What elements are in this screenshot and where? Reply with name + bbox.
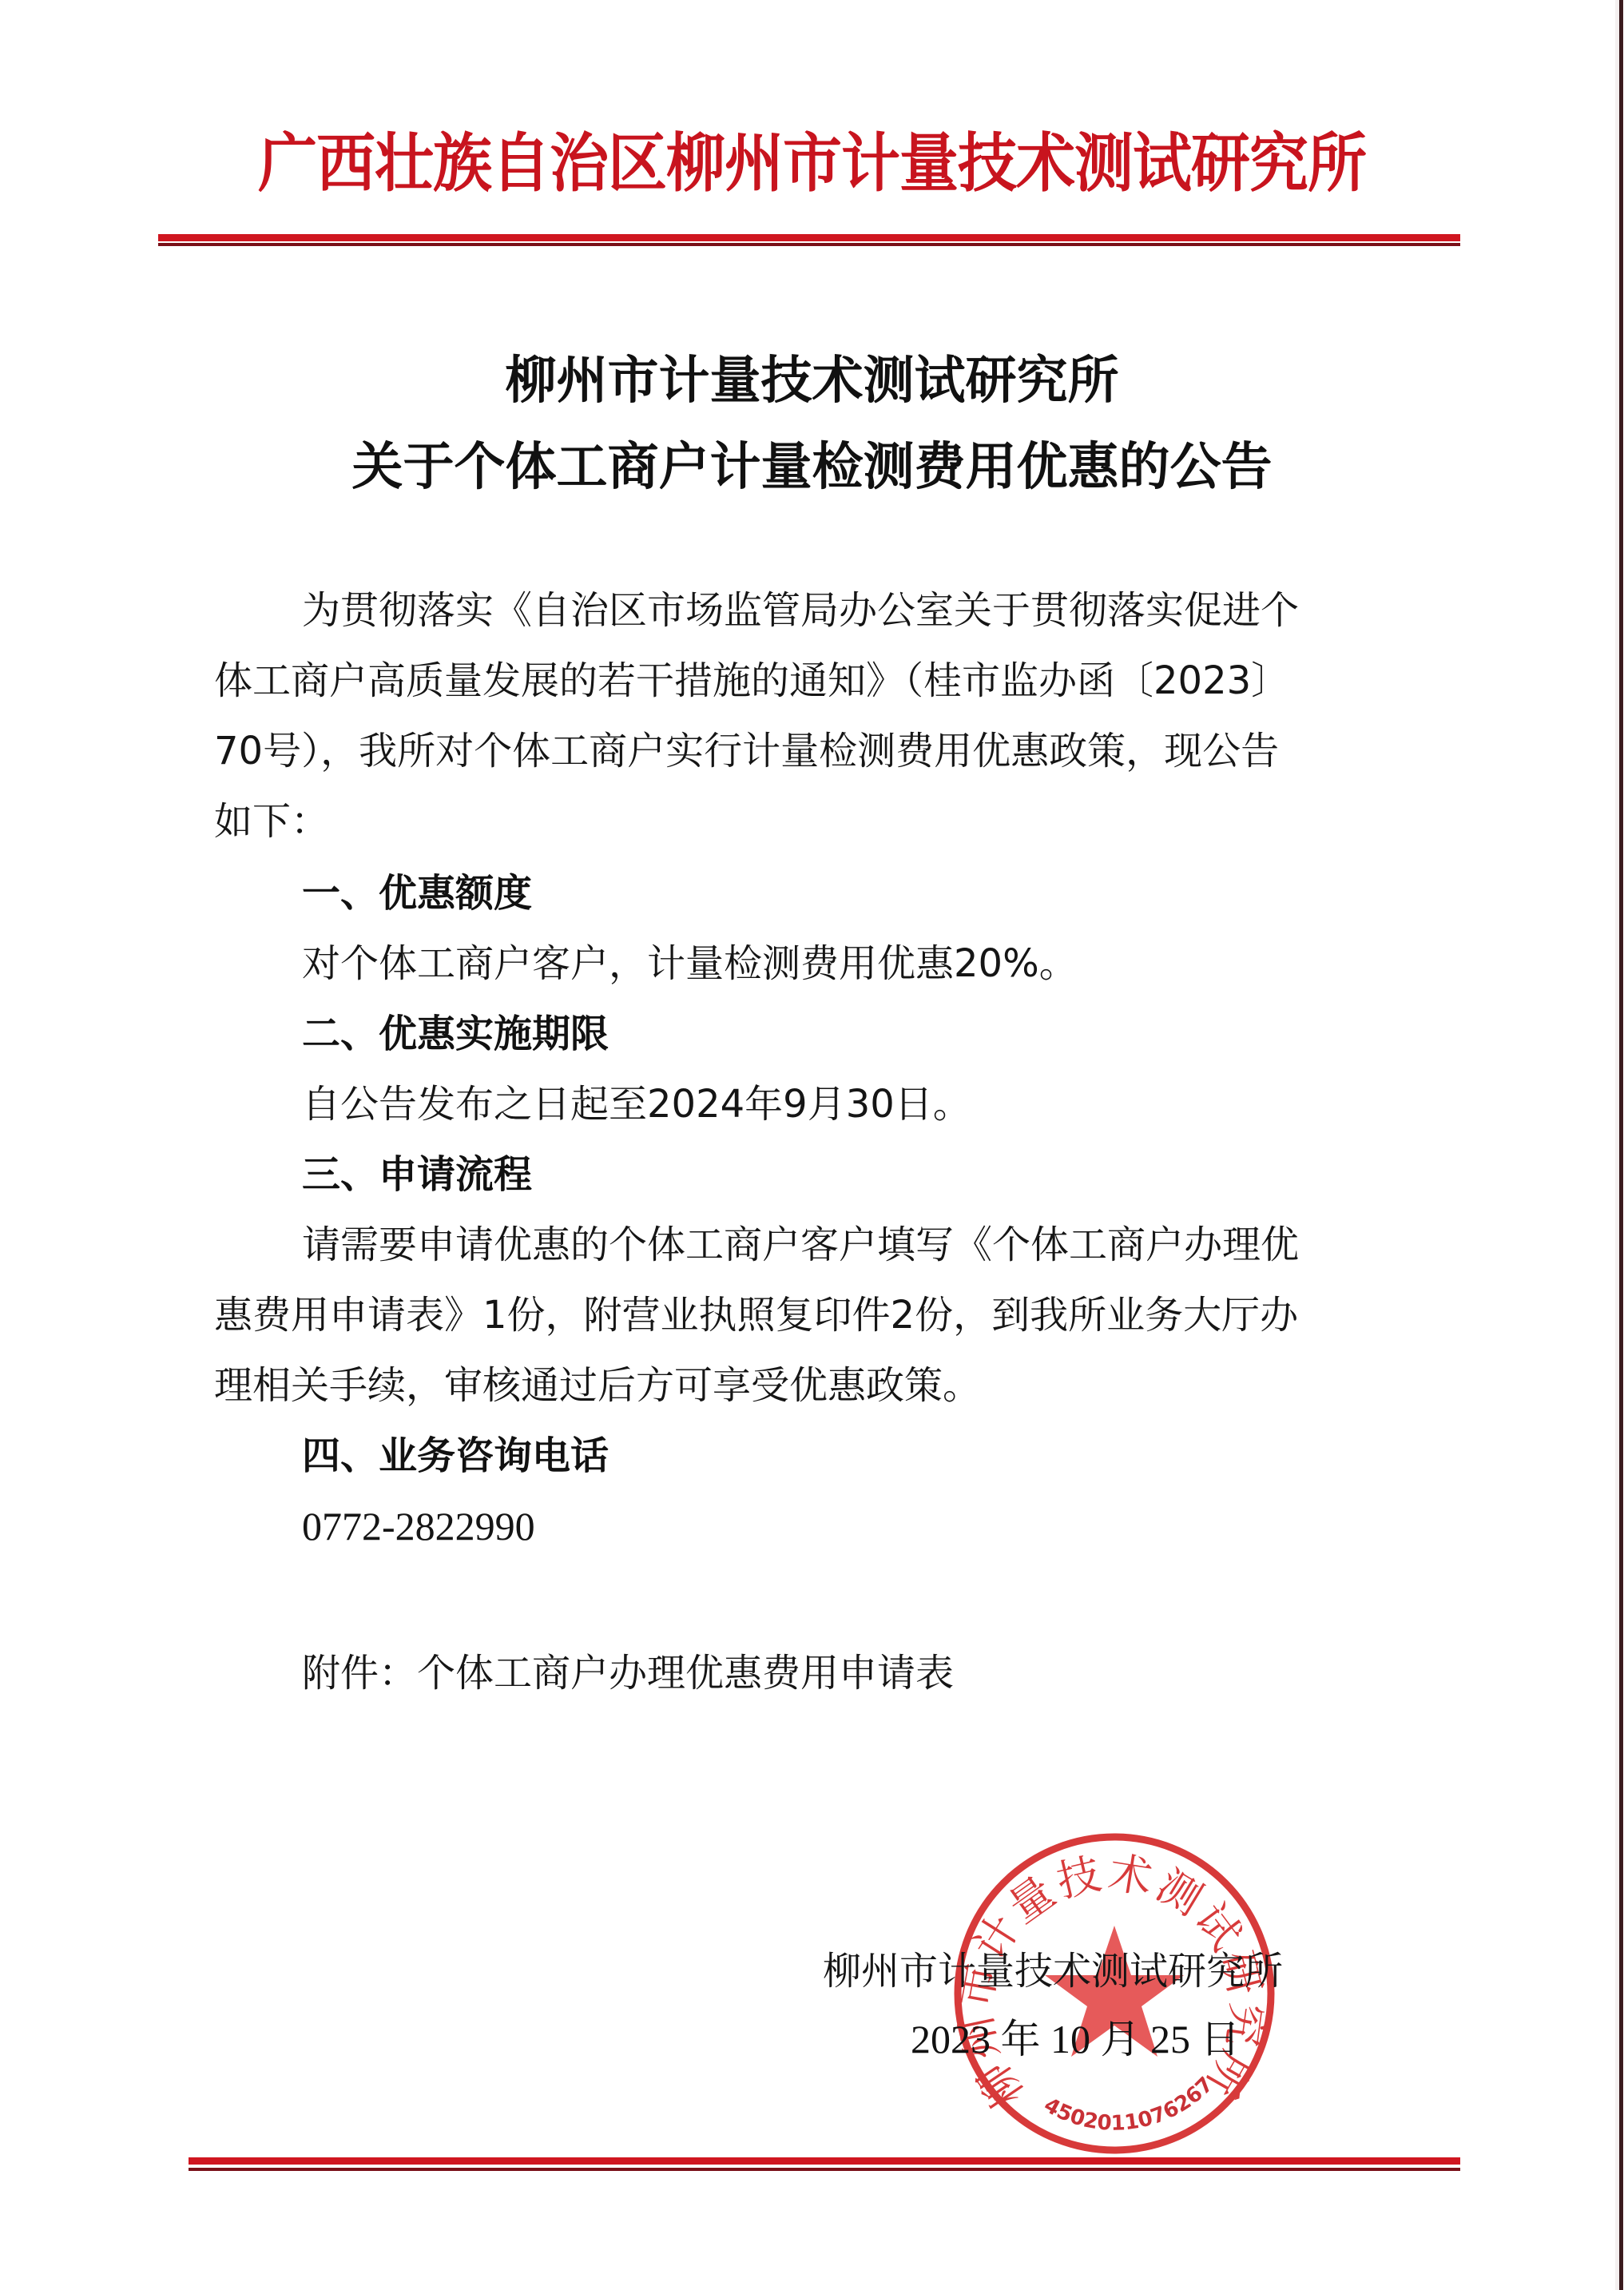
section-heading-application-process: 三、申请流程 <box>302 1139 532 1210</box>
process-line-1: 请需要申请优惠的个体工商户客户填写《个体工商户办理优 <box>214 1210 1412 1280</box>
letterhead-organization: 广西壮族自治区柳州市计量技术测试研究所 <box>0 125 1624 202</box>
notice-title-line2: 关于个体工商户计量检测费用优惠的公告 <box>0 431 1624 503</box>
signature-organization: 柳州市计量技术测试研究所 <box>823 1940 1283 1995</box>
attachment-note: 附件：个体工商户办理优惠费用申请表 <box>302 1638 954 1708</box>
scan-edge-line <box>1619 0 1623 2290</box>
process-line-3: 理相关手续，审核通过后方可享受优惠政策。 <box>214 1350 1412 1421</box>
notice-title-line1: 柳州市计量技术测试研究所 <box>0 345 1624 417</box>
intro-line-3: 70号），我所对个体工商户实行计量检测费用优惠政策，现公告 <box>214 716 1412 786</box>
section-text-discount-amount: 对个体工商户客户，计量检测费用优惠20%。 <box>302 928 1078 999</box>
section-heading-contact-phone: 四、业务咨询电话 <box>302 1421 609 1491</box>
intro-line-4: 如下： <box>214 786 1412 857</box>
letterhead-rule-thick <box>158 234 1460 241</box>
signature-date: 2023 年 10 月 25 日 <box>911 2007 1241 2065</box>
section-heading-discount-amount: 一、优惠额度 <box>302 858 532 928</box>
footer-rule-thin <box>189 2168 1460 2171</box>
process-line-2: 惠费用申请表》1份，附营业执照复印件2份，到我所业务大厅办 <box>214 1280 1412 1350</box>
contact-phone-number: 0772-2822990 <box>302 1491 535 1561</box>
intro-paragraph: 为贯彻落实《自治区市场监管局办公室关于贯彻落实促进个 体工商户高质量发展的若干措… <box>214 575 1412 857</box>
section-heading-validity-period: 二、优惠实施期限 <box>302 999 609 1069</box>
footer-rule-thick <box>189 2157 1460 2165</box>
section-text-application-process: 请需要申请优惠的个体工商户客户填写《个体工商户办理优 惠费用申请表》1份，附营业… <box>214 1210 1412 1421</box>
intro-line-1: 为贯彻落实《自治区市场监管局办公室关于贯彻落实促进个 <box>214 575 1412 646</box>
intro-line-2: 体工商户高质量发展的若干措施的通知》（桂市监办函〔2023〕 <box>214 646 1412 716</box>
section-text-validity-period: 自公告发布之日起至2024年9月30日。 <box>302 1069 971 1139</box>
letterhead-rule-thin <box>158 243 1460 246</box>
